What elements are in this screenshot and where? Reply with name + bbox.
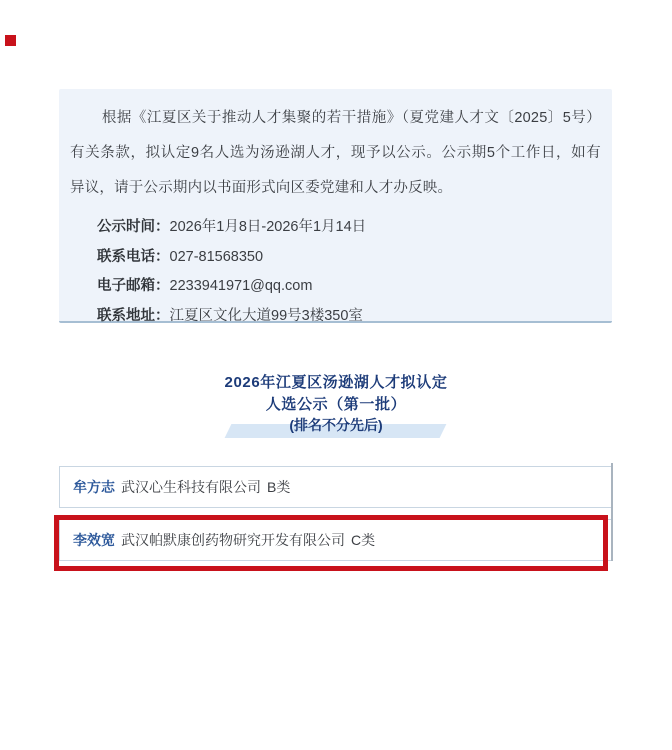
announcement-title: 2026年江夏区汤逊湖人才拟认定 人选公示（第一批） (排名不分先后) [0, 371, 672, 435]
contact-line-email: 电子邮箱：2233941971@qq.com [97, 272, 612, 302]
announcement-page: 根据《江夏区关于推动人才集聚的若干措施》（夏党建人才文〔2025〕5号）有关条款… [0, 0, 672, 750]
contact-line-time: 公示时间：2026年1月8日-2026年1月14日 [97, 213, 612, 243]
talent-list-row: 牟方志 武汉心生科技有限公司 B类 [59, 466, 613, 508]
talent-name: 李效宽 [73, 530, 115, 550]
contact-line-address: 联系地址：江夏区文化大道99号3楼350室 [97, 302, 612, 332]
title-line-3: (排名不分先后) [0, 415, 672, 435]
talent-name: 牟方志 [73, 477, 115, 497]
contact-label: 联系电话： [97, 249, 170, 265]
contact-label: 公示时间： [97, 219, 170, 235]
contact-value: 江夏区文化大道99号3楼350室 [170, 308, 363, 324]
contact-value: 2233941971@qq.com [170, 278, 313, 294]
talent-company: 武汉帕默康创药物研究开发有限公司 [121, 530, 345, 550]
contact-value: 027-81568350 [170, 249, 264, 265]
title-line-1: 2026年江夏区汤逊湖人才拟认定 [0, 371, 672, 394]
talent-category: C类 [351, 530, 375, 550]
contact-info: 公示时间：2026年1月8日-2026年1月14日 联系电话：027-81568… [97, 213, 612, 331]
contact-value: 2026年1月8日-2026年1月14日 [170, 219, 367, 235]
talent-category: B类 [267, 477, 290, 497]
contact-label: 联系地址： [97, 308, 170, 324]
title-line-2: 人选公示（第一批） [0, 394, 672, 415]
talent-company: 武汉心生科技有限公司 [121, 477, 261, 497]
red-square-marker [5, 35, 16, 46]
notice-card: 根据《江夏区关于推动人才集聚的若干措施》（夏党建人才文〔2025〕5号）有关条款… [59, 89, 612, 323]
talent-list-row: 李效宽 武汉帕默康创药物研究开发有限公司 C类 [59, 519, 613, 561]
notice-paragraph: 根据《江夏区关于推动人才集聚的若干措施》（夏党建人才文〔2025〕5号）有关条款… [59, 89, 612, 206]
contact-line-phone: 联系电话：027-81568350 [97, 243, 612, 273]
scrollbar-thumb[interactable] [611, 463, 613, 561]
contact-label: 电子邮箱： [97, 278, 170, 294]
